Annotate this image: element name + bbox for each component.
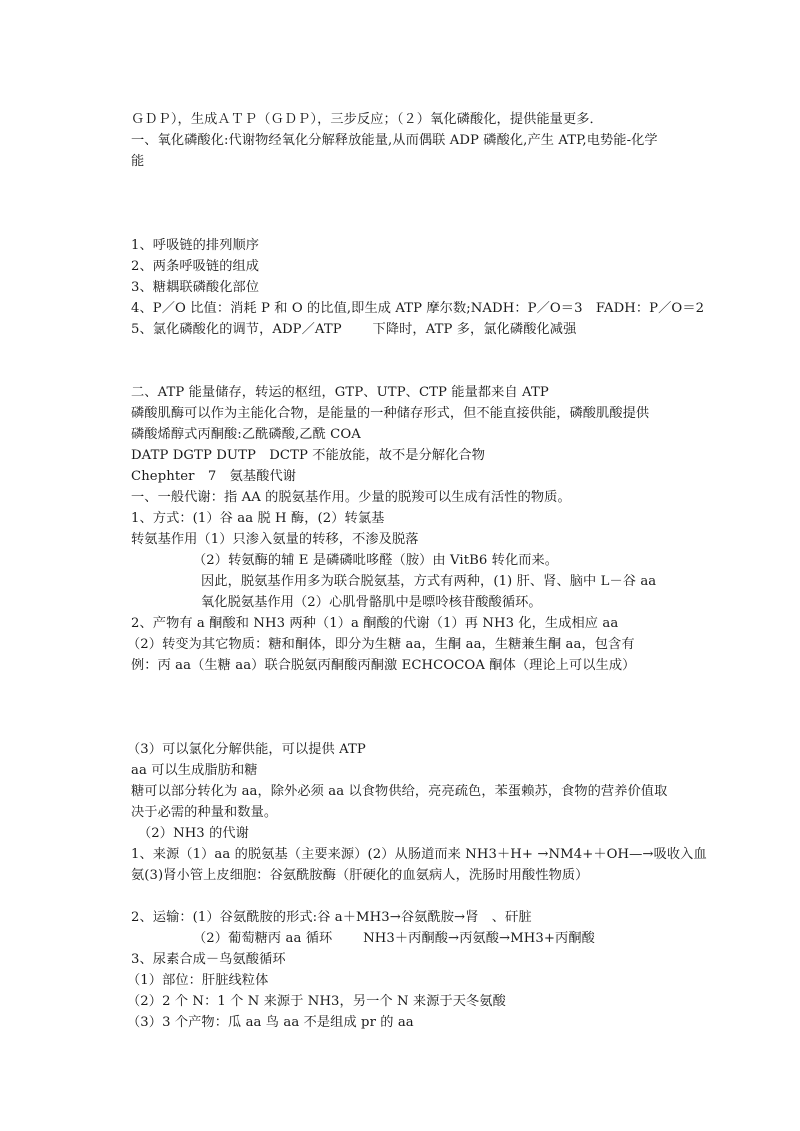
text-line: 5、氯化磷酸化的调节，ADP／ATP 下降时，ATP 多，氯化磷酸化减强 (131, 320, 576, 340)
text-line: （2）转氨酶的辅 E 是磷磷吡哆醛（胺）由 VitB6 转化而来。 (193, 551, 558, 571)
text-line: （3）可以氯化分解供能，可以提供 ATP (127, 740, 366, 760)
text-line: 因此，脱氨基作用多为联合脱氨基，方式有两种，(1) 肝、肾、脑中 L－谷 aa (201, 572, 656, 592)
text-line: 1、呼吸链的排列顺序 (131, 236, 259, 256)
text-line: 3、尿素合成－鸟氨酸循环 (131, 950, 286, 970)
text-line: 一、一般代谢：指 AA 的脱氨基作用。少量的脱羧可以生成有活性的物质。 (131, 488, 571, 508)
text-line: 磷酸肌酶可以作为主能化合物，是能量的一种储存形式，但不能直接供能，磷酸肌酸提供 (131, 404, 649, 424)
text-line: 例：丙 aa（生糖 aa）联合脱氨丙酮酸丙酮激 ECHCOCOA 酮体（理论上可… (131, 656, 635, 676)
text-line: （2）NH3 的代谢 (138, 824, 249, 844)
text-line: 1、方式：(1）谷 aa 脱 H 酶，(2）转氯基 (131, 509, 384, 529)
text-line: 2、两条呼吸链的组成 (131, 257, 259, 277)
text-line: aa 可以生成脂肪和糖 (131, 761, 258, 781)
text-line: 氨(3)肾小管上皮细胞：谷氨酰胺酶（肝硬化的血氨病人，洗肠时用酸性物质） (131, 866, 588, 886)
text-line: 2、产物有 a 酮酸和 NH3 两种（1）a 酮酸的代谢（1）再 NH3 化，生… (131, 614, 618, 634)
text-line: Chephter 7 氨基酸代谢 (131, 467, 296, 487)
text-line: （1）部位：肝脏线粒体 (127, 971, 268, 991)
text-line: （3）3 个产物：瓜 aa 鸟 aa 不是组成 pr 的 aa (127, 1013, 414, 1033)
text-line: 二、ATP 能量储存，转运的枢纽，GTP、UTP、CTP 能量都来自 ATP (131, 383, 549, 403)
text-line: （2）葡萄糖丙 aa 循环 NH3＋丙酮酸→丙氨酸→MH3+丙酮酸 (193, 929, 595, 949)
document-page: ＧＤＰ），生成ＡＴＰ（ＧＤＰ），三步反应；（２）氧化磷酸化，提供能量更多．一、氧… (0, 0, 800, 1131)
text-line: 1、来源（1）aa 的脱氨基（主要来源）(2）从肠道而来 NH3＋H+ →NM4… (131, 845, 707, 865)
text-line: 糖可以部分转化为 aa，除外必须 aa 以食物供给，亮亮疏色，苯蛋赖苏，食物的营… (131, 782, 667, 802)
text-line: 氧化脱氨基作用（2）心肌骨骼肌中是嘌呤核苷酸酸循环。 (201, 593, 542, 613)
text-line: 4、P／O 比值：消耗 P 和 O 的比值,即生成 ATP 摩尔数;NADH：P… (131, 299, 704, 319)
text-line: 一、氧化磷酸化:代谢物经氧化分解释放能量,从而偶联 ADP 磷酸化,产生 ATP… (131, 131, 658, 151)
text-line: 2、运输：(1）谷氨酰胺的形式:谷 a＋MH3→谷氨酰胺→肾 、矸脏 (131, 908, 532, 928)
text-line: 磷酸烯醇式丙酮酸:乙酰磷酸,乙酰 COA (131, 425, 361, 445)
text-line: 3、糖耦联磷酸化部位 (131, 278, 259, 298)
text-line: （2）2 个 N：1 个 N 来源于 NH3，另一个 N 来源于天冬氨酸 (127, 992, 506, 1012)
text-line: （2）转变为其它物质：糖和酮体，即分为生糖 aa，生酮 aa，生糖兼生酮 aa，… (127, 635, 635, 655)
text-line: 转氨基作用（1）只渗入氨量的转移，不渗及脱落 (131, 530, 419, 550)
text-line: DATP DGTP DUTP DCTP 不能放能，故不是分解化合物 (131, 446, 485, 466)
text-line: ＧＤＰ），生成ＡＴＰ（ＧＤＰ），三步反应；（２）氧化磷酸化，提供能量更多． (131, 110, 603, 130)
text-line: 能 (131, 152, 144, 172)
text-line: 决于必需的种量和数量。 (131, 803, 277, 823)
